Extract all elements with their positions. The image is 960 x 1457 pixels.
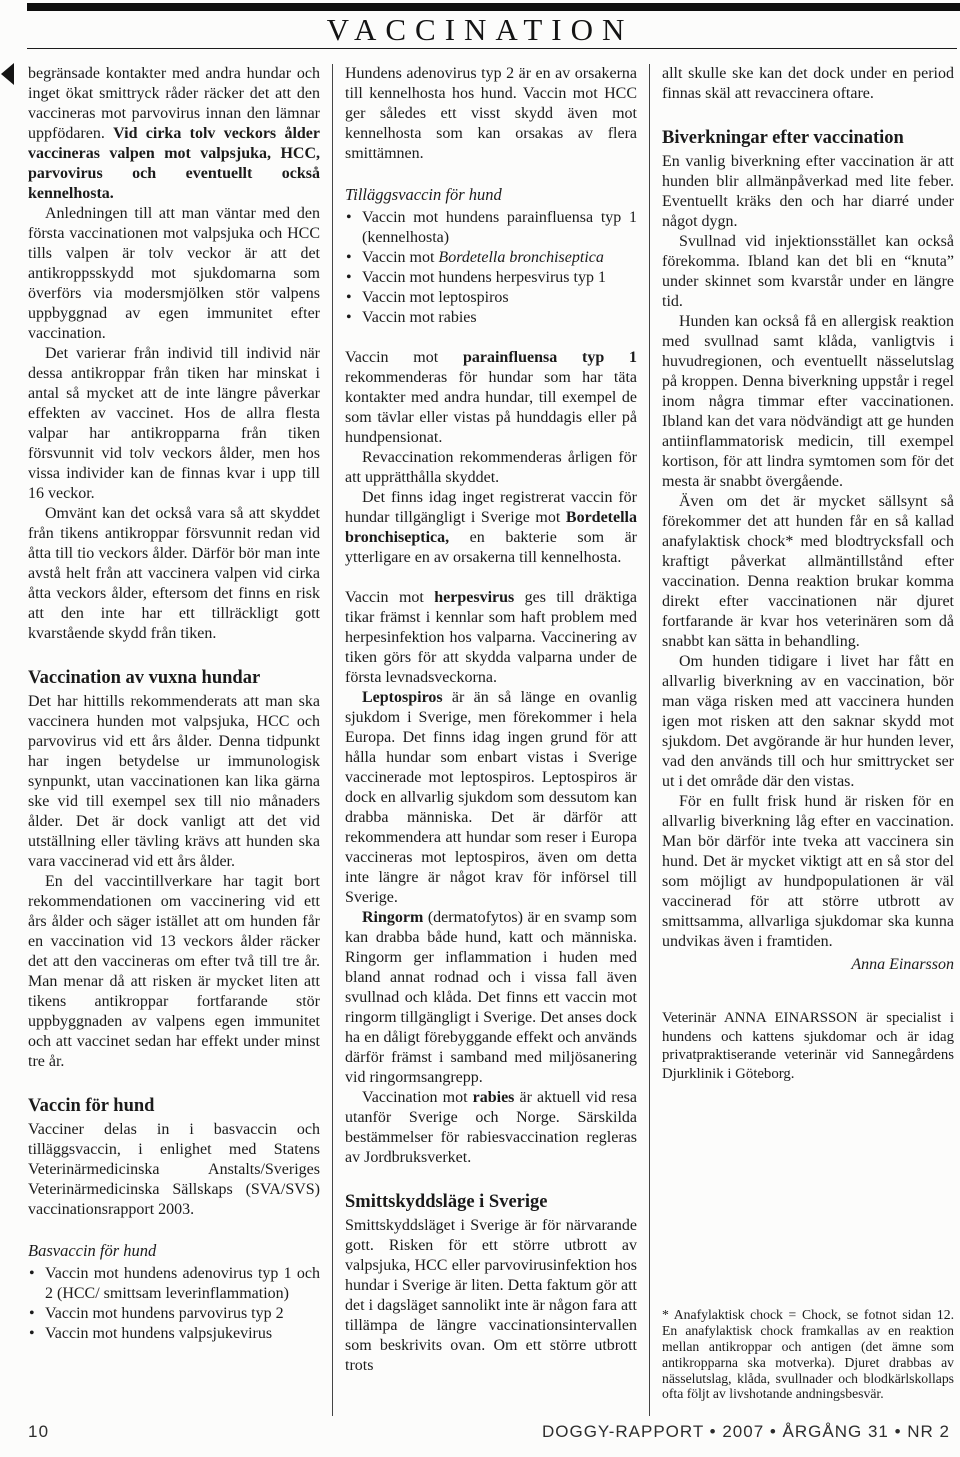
text-run: Vaccin mot rabies <box>362 309 477 326</box>
bullet-item: •Vaccin mot Bordetella bronchiseptica <box>345 248 637 268</box>
paragraph: Smittskyddsläget i Sverige är för närvar… <box>345 1216 637 1376</box>
paragraph: Det finns idag inget registrerat vaccin … <box>345 488 637 568</box>
text-run: En del vaccintillverkare har tagit bort … <box>28 873 320 1070</box>
paragraph: För en fullt frisk hund är risken för en… <box>662 792 954 952</box>
text-run: Leptospiros <box>362 689 443 706</box>
section-heading: Vaccin för hund <box>28 1096 320 1117</box>
section-heading: Smittskyddsläge i Sverige <box>345 1192 637 1213</box>
bullet-icon: • <box>29 1264 35 1284</box>
text-run: Även om det är mycket sällsynt så föreko… <box>662 493 954 650</box>
paragraph: Det har hittills rekommenderats att man … <box>28 692 320 872</box>
text-run: En vanlig biverkning efter vaccination ä… <box>662 153 954 230</box>
text-run: Veterinär ANNA EINARSSON är specialist i… <box>662 1010 954 1082</box>
paragraph: Anledningen till att man väntar med den … <box>28 204 320 344</box>
article-body: begränsade kontakter med andra hundar oc… <box>28 64 954 1416</box>
masthead-bar <box>27 3 960 11</box>
page-number: 10 <box>28 1422 49 1442</box>
paragraph: Leptospiros är än så länge en ovanlig sj… <box>345 688 637 908</box>
text-run: Vaccination mot <box>362 1089 473 1106</box>
text-run: * Anafylaktisk chock = Chock, se fotnot … <box>662 1307 954 1402</box>
text-run: Revaccination rekommenderas årligen för … <box>345 449 637 486</box>
paragraph: Hunden kan också få en allergisk reaktio… <box>662 312 954 492</box>
text-run: Anledningen till att man väntar med den … <box>28 205 320 342</box>
bullet-icon: • <box>29 1304 35 1324</box>
text-run: Vaccin mot hundens parvovirus typ 2 <box>45 1305 284 1322</box>
column-2: Hundens adenovirus typ 2 är en av orsake… <box>332 64 649 1416</box>
journal-issue-line: DOGGY-RAPPORT • 2007 • ÅRGÅNG 31 • NR 2 <box>542 1422 950 1442</box>
text-run: Vaccin mot <box>345 349 463 366</box>
paragraph: En del vaccintillverkare har tagit bort … <box>28 872 320 1072</box>
text-run: För en fullt frisk hund är risken för en… <box>662 793 954 950</box>
text-run: Ringorm <box>362 909 423 926</box>
bullet-item: •Vaccin mot hundens adenovirus typ 1 och… <box>28 1264 320 1304</box>
paragraph: Även om det är mycket sällsynt så föreko… <box>662 492 954 652</box>
paragraph: Svullnad vid injektionsstället kan också… <box>662 232 954 312</box>
paragraph: begränsade kontakter med andra hundar oc… <box>28 64 320 204</box>
text-run: Biverkningar efter vaccination <box>662 128 904 148</box>
text-run: Det varierar från individ till individ n… <box>28 345 320 502</box>
section-heading: Vaccination av vuxna hundar <box>28 668 320 689</box>
paragraph: En vanlig biverkning efter vaccination ä… <box>662 152 954 232</box>
author-byline: Anna Einarsson <box>662 955 954 975</box>
text-run: Tilläggsvaccin för hund <box>345 185 502 204</box>
text-run: är än så länge en ovanlig sjukdom i Sver… <box>345 689 637 906</box>
bullet-icon: • <box>346 308 352 328</box>
subheading-italic: Basvaccin för hund <box>28 1241 320 1261</box>
text-run: Svullnad vid injektionsstället kan också… <box>662 233 954 310</box>
text-run: Hunden kan också få en allergisk reaktio… <box>662 313 954 490</box>
text-run: Omvänt kan det också vara så att skyddet… <box>28 505 320 642</box>
bullet-icon: • <box>346 208 352 228</box>
text-run: Vaccin mot <box>345 589 434 606</box>
text-run: Hundens adenovirus typ 2 är en av orsake… <box>345 65 637 162</box>
text-run: Vaccin mot leptospiros <box>362 289 509 306</box>
paragraph: Hundens adenovirus typ 2 är en av orsake… <box>345 64 637 164</box>
text-run: Vacciner delas in i basvaccin och tilläg… <box>28 1121 320 1218</box>
bullet-icon: • <box>346 268 352 288</box>
subheading-italic: Tilläggsvaccin för hund <box>345 185 637 205</box>
text-run: allt skulle ske kan det dock under en pe… <box>662 65 954 102</box>
text-run: Vaccin mot hundens valpsjukevirus <box>45 1325 272 1342</box>
bullet-item: •Vaccin mot hundens valpsjukevirus <box>28 1324 320 1344</box>
bullet-item: •Vaccin mot hundens parvovirus typ 2 <box>28 1304 320 1324</box>
magazine-page: VACCINATION begränsade kontakter med and… <box>0 0 960 1457</box>
paragraph: Om hunden tidigare i livet har fått en a… <box>662 652 954 792</box>
text-run: Smittskyddsläget i Sverige är för närvar… <box>345 1217 637 1374</box>
bullet-item: •Vaccin mot leptospiros <box>345 288 637 308</box>
text-run: Vaccin mot hundens adenovirus typ 1 och … <box>45 1265 320 1302</box>
text-run: Basvaccin för hund <box>28 1241 156 1260</box>
paragraph: Vacciner delas in i basvaccin och tilläg… <box>28 1120 320 1220</box>
section-heading: Biverkningar efter vaccination <box>662 128 954 149</box>
bullet-item: •Vaccin mot rabies <box>345 308 637 328</box>
text-run: parainfluensa typ 1 <box>463 349 637 366</box>
title-rule <box>27 48 957 49</box>
text-run: Vaccin mot <box>362 249 438 266</box>
text-run: Vaccin för hund <box>28 1096 154 1116</box>
text-run: Vaccin mot hundens herpesvirus typ 1 <box>362 269 606 286</box>
text-run: Det har hittills rekommenderats att man … <box>28 693 320 870</box>
bullet-item: •Vaccin mot hundens parainfluensa typ 1 … <box>345 208 637 248</box>
paragraph: Det varierar från individ till individ n… <box>28 344 320 504</box>
text-run: (dermatofytos) är en svamp som kan drabb… <box>345 909 637 1086</box>
paragraph: Omvänt kan det också vara så att skyddet… <box>28 504 320 644</box>
bullet-icon: • <box>346 288 352 308</box>
bullet-icon: • <box>29 1324 35 1344</box>
bullet-item: •Vaccin mot hundens herpesvirus typ 1 <box>345 268 637 288</box>
continuation-arrow-icon <box>1 63 14 85</box>
page-title: VACCINATION <box>0 12 960 48</box>
footnote: * Anafylaktisk chock = Chock, se fotnot … <box>662 1291 954 1402</box>
text-run: rekommenderas för hundar som har täta ko… <box>345 369 637 446</box>
paragraph: Ringorm (dermatofytos) är en svamp som k… <box>345 908 637 1088</box>
text-run: Om hunden tidigare i livet har fått en a… <box>662 653 954 790</box>
paragraph: Revaccination rekommenderas årligen för … <box>345 448 637 488</box>
paragraph: Vaccination mot rabies är aktuell vid re… <box>345 1088 637 1168</box>
column-3: allt skulle ske kan det dock under en pe… <box>649 64 954 1416</box>
text-run: Vaccin mot hundens parainfluensa typ 1 (… <box>362 209 637 246</box>
text-run: Anna Einarsson <box>851 956 954 973</box>
text-run: herpesvirus <box>434 589 514 606</box>
text-run: Smittskyddsläge i Sverige <box>345 1192 547 1212</box>
paragraph: allt skulle ske kan det dock under en pe… <box>662 64 954 104</box>
text-run: Bordetella bronchiseptica <box>438 249 603 266</box>
column-1: begränsade kontakter med andra hundar oc… <box>28 64 332 1416</box>
bullet-icon: • <box>346 248 352 268</box>
paragraph: Vaccin mot herpesvirus ges till dräktiga… <box>345 588 637 688</box>
page-footer: 10 DOGGY-RAPPORT • 2007 • ÅRGÅNG 31 • NR… <box>28 1422 950 1442</box>
paragraph: Vaccin mot parainfluensa typ 1 rekommend… <box>345 348 637 448</box>
author-bio: Veterinär ANNA EINARSSON är specialist i… <box>662 1009 954 1083</box>
text-run: rabies <box>473 1089 515 1106</box>
text-run: Vaccination av vuxna hundar <box>28 668 260 688</box>
